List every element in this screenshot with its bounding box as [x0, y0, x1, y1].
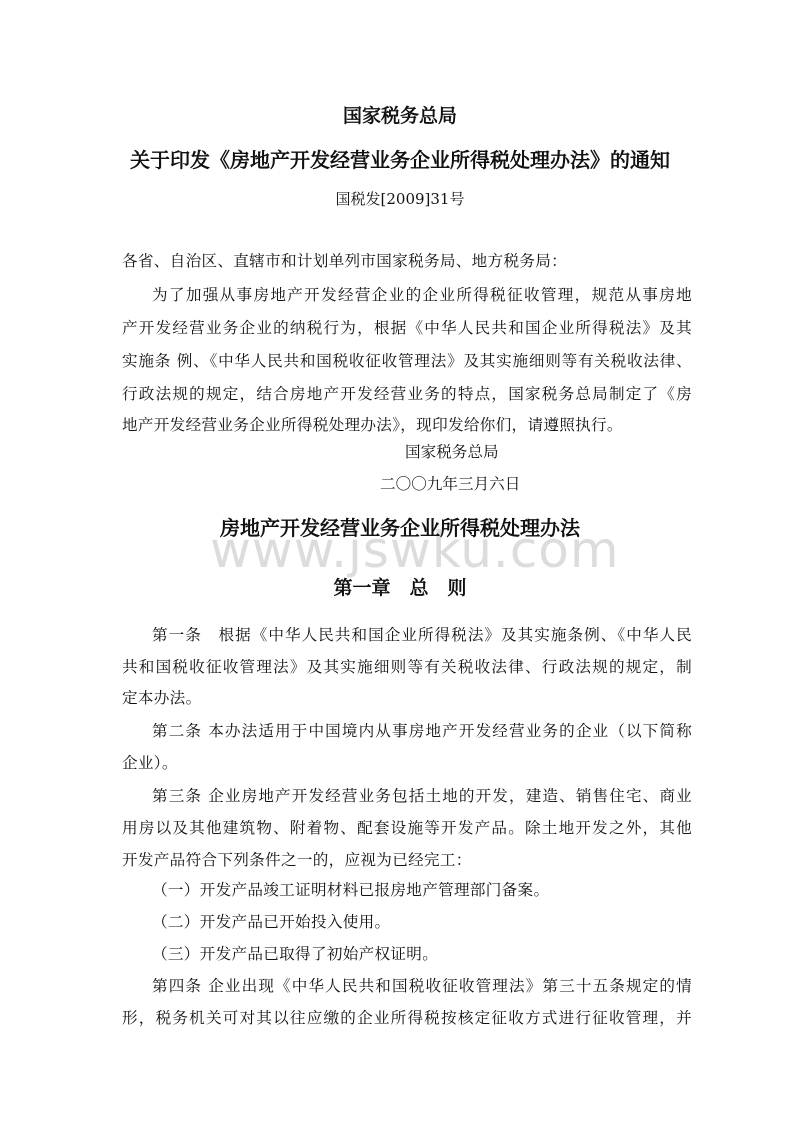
signature: 国家税务总局	[405, 442, 499, 462]
article-3-item: （一）开发产品竣工证明材料已报房地产管理部门备案。	[152, 880, 549, 900]
article-1-line: 共和国税收征收管理法》及其实施细则等有关税收法律、行政法规的规定，制	[122, 657, 692, 677]
notice-title: 关于印发《房地产开发经营业务企业所得税处理办法》的通知	[0, 150, 800, 170]
addressee: 各省、自治区、直辖市和计划单列市国家税务局、地方税务局：	[122, 251, 692, 271]
article-3-line: 第三条 企业房地产开发经营业务包括土地的开发，建造、销售住宅、商业	[152, 786, 692, 806]
article-1-line: 定本办法。	[122, 688, 692, 708]
article-3-item: （二）开发产品已开始投入使用。	[152, 912, 390, 932]
notice-paragraph-line: 产开发经营业务企业的纳税行为，根据《中华人民共和国企业所得税法》及其	[122, 318, 692, 338]
document-number: 国税发[2009]31号	[0, 189, 800, 209]
article-2-line: 企业）。	[122, 753, 692, 773]
article-3-line: 开发产品符合下列条件之一的，应视为已经完工：	[122, 850, 692, 870]
document-page: www.jswku.com 国家税务总局 关于印发《房地产开发经营业务企业所得税…	[0, 0, 800, 1132]
regulation-title: 房地产开发经营业务企业所得税处理办法	[0, 518, 800, 538]
article-4-line: 形，税务机关可对其以往应缴的企业所得税按核定征收方式进行征收管理，并	[122, 1008, 692, 1028]
chapter-heading: 第一章 总 则	[0, 578, 800, 598]
notice-paragraph-line: 为了加强从事房地产开发经营企业的企业所得税征收管理，规范从事房地	[152, 285, 692, 305]
issuer-heading: 国家税务总局	[0, 106, 800, 126]
article-2-line: 第二条 本办法适用于中国境内从事房地产开发经营业务的企业（以下简称	[152, 721, 692, 741]
article-1-line: 第一条 根据《中华人民共和国企业所得税法》及其实施条例、《中华人民	[152, 625, 692, 645]
notice-paragraph-line: 地产开发经营业务企业所得税处理办法》，现印发给你们，请遵照执行。	[122, 415, 692, 435]
article-4-line: 第四条 企业出现《中华人民共和国税收征收管理法》第三十五条规定的情	[152, 976, 692, 996]
article-3-line: 用房以及其他建筑物、附着物、配套设施等开发产品。除土地开发之外，其他	[122, 818, 692, 838]
notice-paragraph-line: 行政法规的规定，结合房地产开发经营业务的特点，国家税务总局制定了《房	[122, 384, 692, 404]
notice-paragraph-line: 实施条 例、《中华人民共和国税收征收管理法》及其实施细则等有关税收法律、	[122, 351, 692, 371]
article-3-item: （三）开发产品已取得了初始产权证明。	[152, 944, 438, 964]
signature-date: 二〇〇九年三月六日	[380, 474, 520, 494]
